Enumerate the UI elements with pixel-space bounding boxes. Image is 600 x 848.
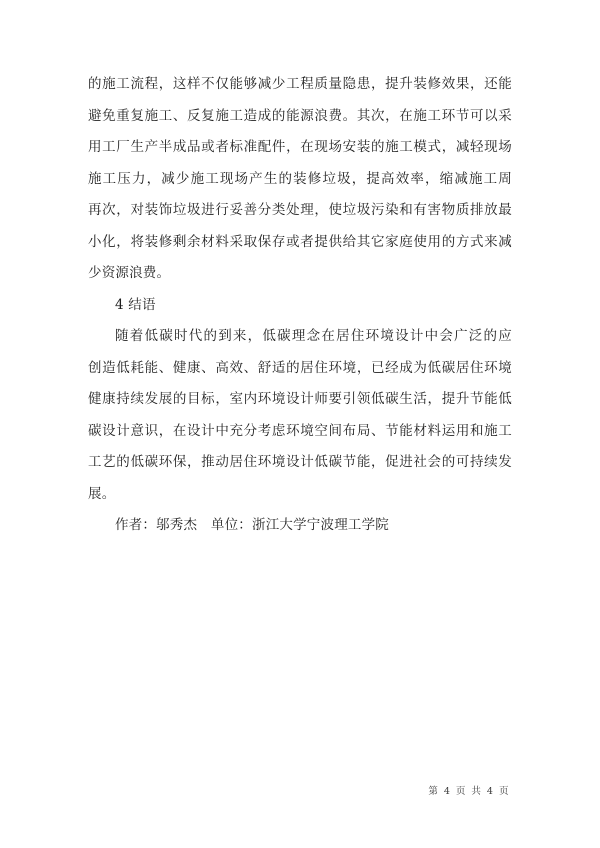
text-line: 展。 (88, 479, 512, 511)
text-line: 施工压力，减少施工现场产生的装修垃圾，提高效率，缩减施工周期。 (88, 164, 512, 196)
text-line: 创造低耗能、健康、高效、舒适的居住环境，已经成为低碳居住环境 (88, 353, 512, 385)
text-line: 用工厂生产半成品或者标准配件，在现场安装的施工模式，减轻现场 (88, 132, 512, 164)
author-line: 作者：邬秀杰 单位：浙江大学宁波理工学院 (88, 510, 512, 542)
text-line: 的施工流程，这样不仅能够减少工程质量隐患，提升装修效果，还能 (88, 69, 512, 101)
text-line: 健康持续发展的目标，室内环境设计师要引领低碳生活，提升节能低 (88, 384, 512, 416)
text-line: 碳设计意识，在设计中充分考虑环境空间布局、节能材料运用和施工 (88, 416, 512, 448)
document-page: 的施工流程，这样不仅能够减少工程质量隐患，提升装修效果，还能 避免重复施工、反复… (0, 0, 600, 848)
text-line: 避免重复施工、反复施工造成的能源浪费。其次，在施工环节可以采 (88, 101, 512, 133)
page-number-footer: 第 4 页 共 4 页 (428, 783, 510, 797)
text-line: 工艺的低碳环保，推动居住环境设计低碳节能，促进社会的可持续发 (88, 447, 512, 479)
text-line: 再次，对装饰垃圾进行妥善分类处理，使垃圾污染和有害物质排放最 (88, 195, 512, 227)
document-body: 的施工流程，这样不仅能够减少工程质量隐患，提升装修效果，还能 避免重复施工、反复… (88, 69, 512, 542)
text-line: 少资源浪费。 (88, 258, 512, 290)
section-heading: 4 结语 (88, 290, 512, 322)
text-line: 小化，将装修剩余材料采取保存或者提供给其它家庭使用的方式来减 (88, 227, 512, 259)
text-line: 随着低碳时代的到来，低碳理念在居住环境设计中会广泛的应用， (88, 321, 512, 353)
